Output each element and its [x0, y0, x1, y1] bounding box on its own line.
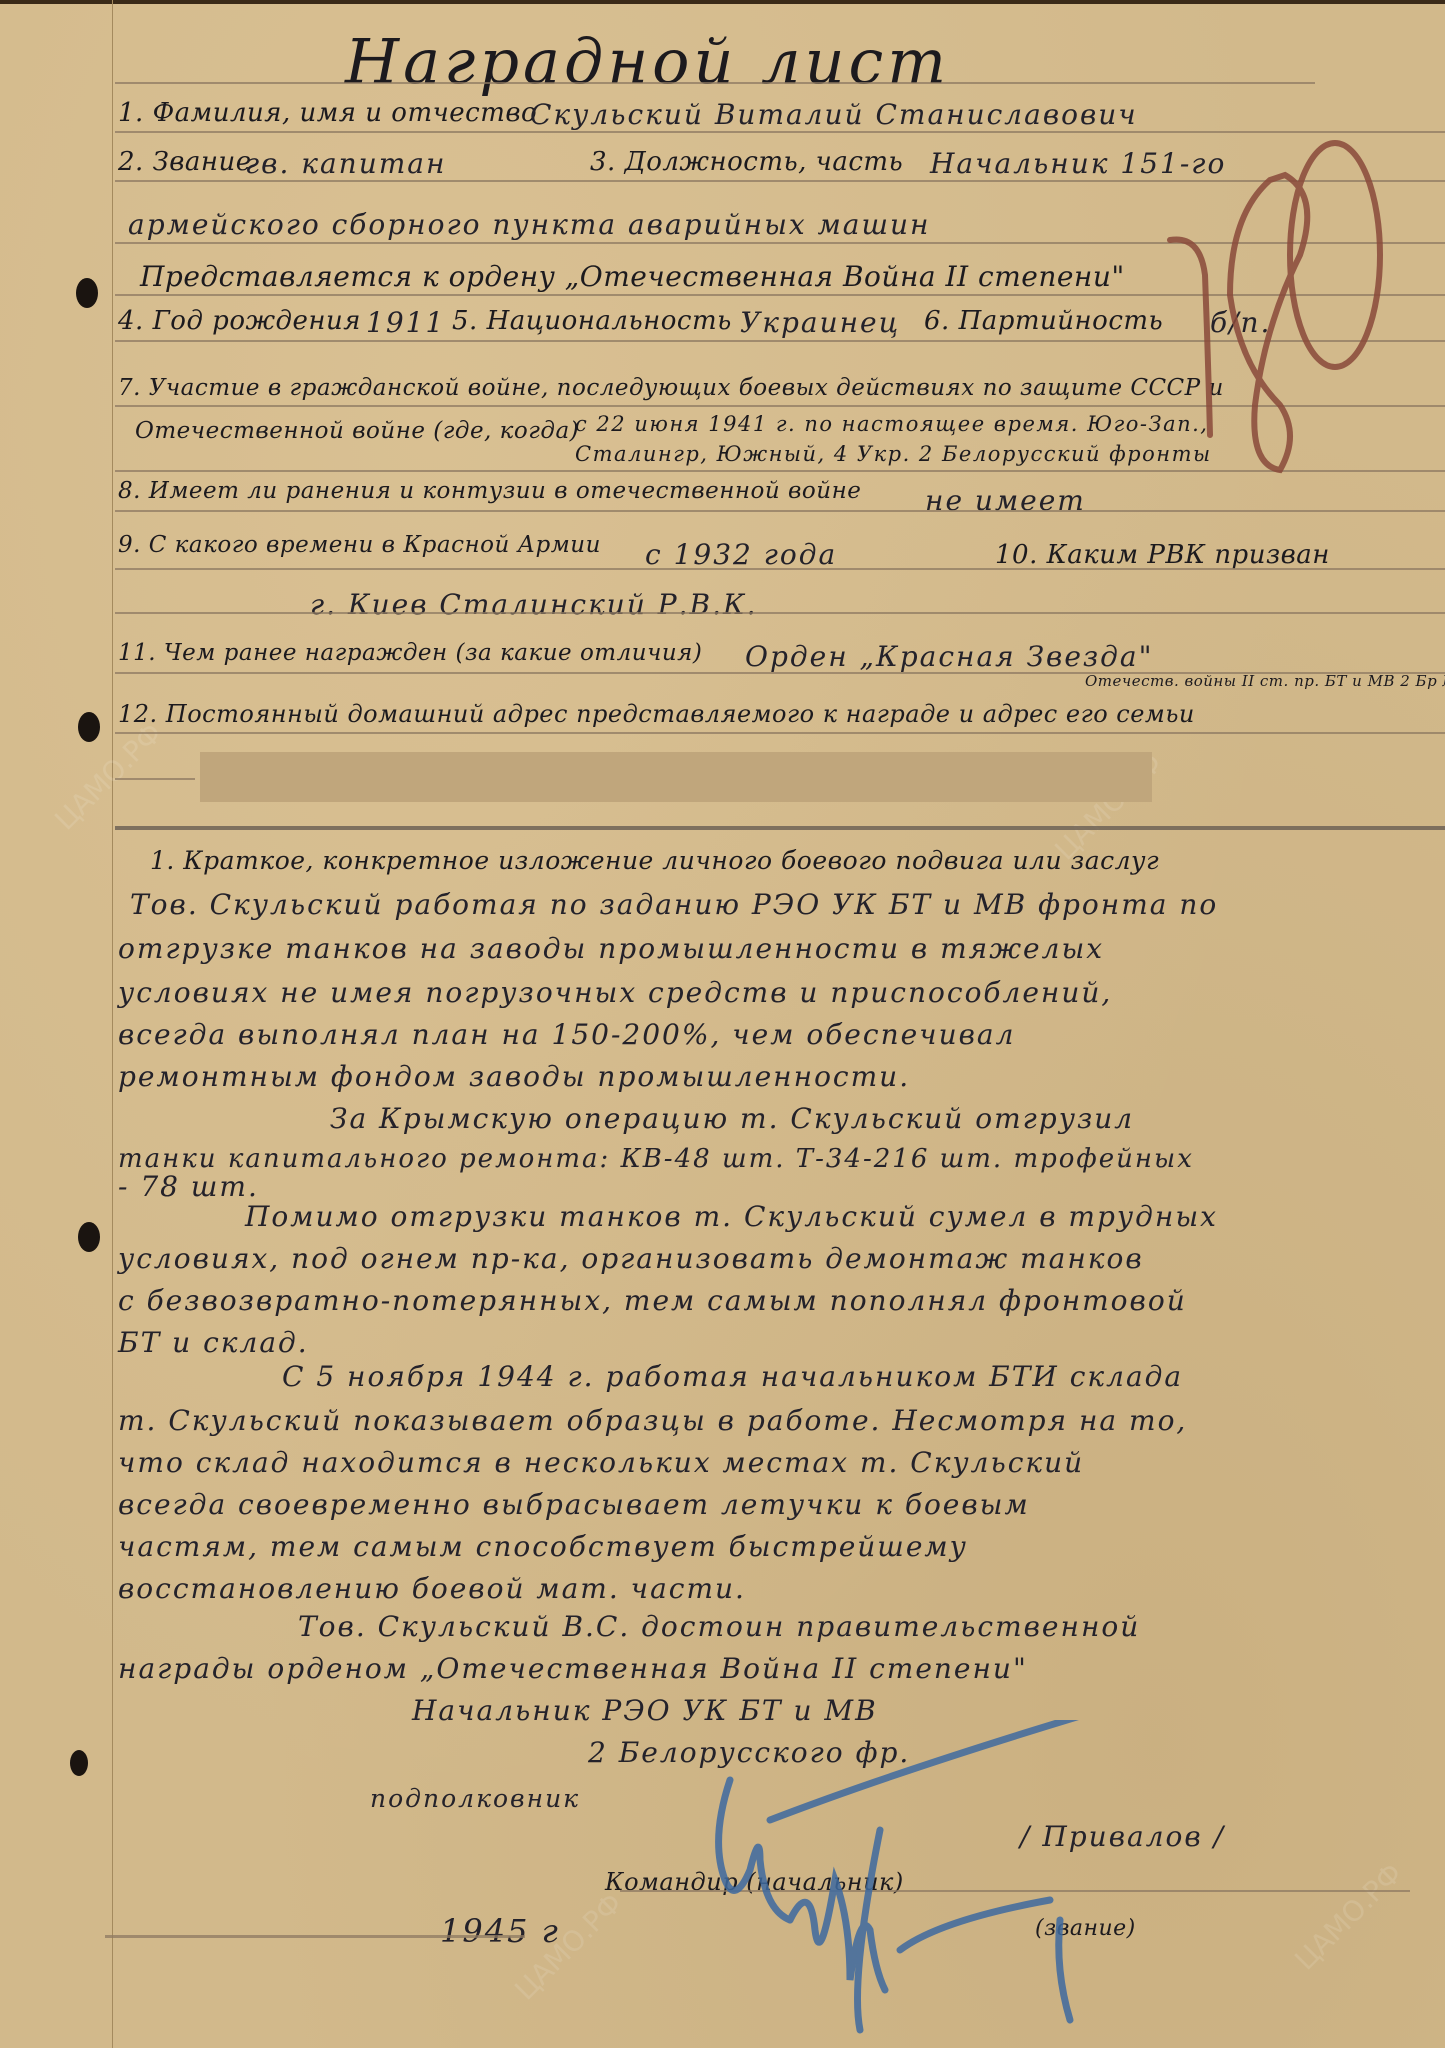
watermark: ЦАМО.РФ [48, 716, 168, 836]
field-7-label-continued: Отечественной войне (где, когда) [135, 418, 579, 444]
field-5-label: 5. Национальность [452, 306, 732, 336]
field-5-value: Украинец [740, 306, 900, 339]
field-10-value: г. Киев Сталинский Р.В.К. [310, 588, 758, 621]
narrative-line: всегда выполнял план на 150-200%, чем об… [118, 1018, 1015, 1051]
field-11-value: Орден „Красная Звезда" [745, 640, 1154, 673]
rule-line [115, 510, 1445, 512]
field-7-value-continued: Сталингр, Южный, 4 Укр. 2 Белорусский фр… [575, 442, 1212, 466]
field-9-label: 9. С какого времени в Красной Армии [118, 532, 601, 558]
narrative-line: ремонтным фондом заводы промышленности. [118, 1060, 910, 1093]
field-9-value: с 1932 года [645, 538, 837, 571]
field-3-label: 3. Должность, часть [590, 147, 903, 177]
field-8-label: 8. Имеет ли ранения и контузии в отечест… [118, 478, 861, 504]
narrative-line: условиях, под огнем пр-ка, организовать … [118, 1242, 1144, 1275]
narrative-line: С 5 ноября 1944 г. работая начальником Б… [282, 1360, 1183, 1393]
document-date: 1945 г [440, 1912, 560, 1950]
field-2-label: 2. Звание [118, 147, 252, 177]
award-sheet: ЦАМО.РФ ЦАМО.РФ ЦАМО.РФ ЦАМО.РФ Наградно… [0, 0, 1445, 2048]
punch-hole [76, 278, 98, 308]
rule-line [115, 732, 1445, 734]
narrative-line: За Крымскую операцию т. Скульский отгруз… [330, 1102, 1134, 1135]
punch-hole [78, 1222, 100, 1252]
rule-line [115, 131, 1445, 133]
field-6-label: 6. Партийность [924, 306, 1163, 336]
blue-signature-icon [700, 1720, 1120, 2048]
field-3-value-continued: армейского сборного пункта аварийных маш… [128, 208, 930, 241]
margin-line [112, 0, 113, 2048]
field-1-label: 1. Фамилия, имя и отчество [118, 98, 537, 128]
narrative-line: частям, тем самым способствует быстрейше… [118, 1530, 968, 1563]
narrative-line: - 78 шт. [118, 1170, 259, 1203]
narrative-line: всегда своевременно выбрасывает летучки … [118, 1488, 1030, 1521]
field-1-value: Скульский Виталий Станиславович [530, 98, 1138, 131]
document-title: Наградной лист [345, 25, 950, 98]
red-registry-mark-icon: 180 [1160, 135, 1390, 475]
narrative-line: Тов. Скульский работая по заданию РЭО УК… [130, 888, 1218, 921]
narrative-line: БТ и склад. [118, 1326, 309, 1359]
rule-line [115, 82, 1315, 84]
field-4-label: 4. Год рождения [118, 306, 361, 336]
punch-hole [78, 712, 100, 742]
field-10-label: 10. Каким РВК призван [995, 540, 1330, 570]
signer-rank: подполковник [370, 1784, 580, 1813]
narrative-line: отгрузке танков на заводы промышленности… [118, 932, 1104, 965]
narrative-line: Помимо отгрузки танков т. Скульский суме… [245, 1200, 1218, 1233]
field-11-label: 11. Чем ранее награжден (за какие отличи… [118, 640, 702, 666]
rule-line [115, 612, 1445, 614]
rule-line [115, 568, 1445, 570]
narrative-line: награды орденом „Отечественная Война II … [118, 1652, 1028, 1685]
section-divider [115, 826, 1445, 830]
field-11-annotation: Отечеств. войны II ст. пр. БТ и МВ 2 Бр … [1085, 672, 1445, 690]
field-2-value: гв. капитан [245, 147, 446, 180]
field-7-label: 7. Участие в гражданской войне, последую… [118, 375, 1224, 401]
narrative-line: Тов. Скульский В.С. достоин правительств… [298, 1610, 1140, 1643]
field-4-value: 1911 [366, 306, 445, 339]
narrative-line: восстановлению боевой мат. части. [118, 1572, 746, 1605]
svg-text:180: 180 [1160, 135, 1162, 136]
narrative-line: с безвозвратно-потерянных, тем самым поп… [118, 1284, 1187, 1317]
narrative-line: т. Скульский показывает образцы в работе… [118, 1404, 1187, 1437]
field-12-label: 12. Постоянный домашний адрес представля… [118, 700, 1195, 728]
field-7-value: с 22 июня 1941 г. по настоящее время. Юг… [575, 412, 1208, 436]
narrative-line: танки капитального ремонта: КВ-48 шт. Т-… [118, 1144, 1194, 1174]
rule-line [105, 1935, 525, 1938]
rule-line [115, 778, 195, 780]
redacted-address [200, 752, 1152, 802]
narrative-heading: 1. Краткое, конкретное изложение личного… [150, 846, 1159, 875]
scan-top-edge [0, 0, 1445, 4]
narrative-line: условиях не имея погрузочных средств и п… [118, 976, 1112, 1009]
punch-hole [70, 1750, 88, 1776]
watermark: ЦАМО.РФ [1288, 1856, 1408, 1976]
field-8-value: не имеет [925, 484, 1086, 517]
presented-for-award: Представляется к ордену „Отечественная В… [140, 260, 1125, 293]
narrative-line: что склад находится в нескольких местах … [118, 1446, 1084, 1479]
